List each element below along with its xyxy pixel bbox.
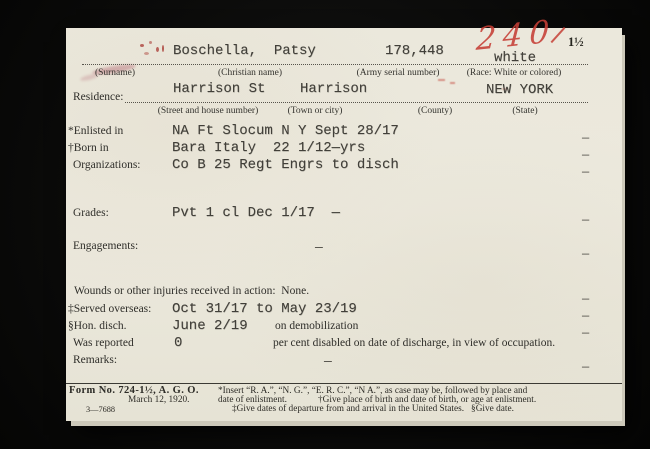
form-date: March 12, 1920. [128, 395, 189, 405]
service-record-card: 240 1½ Boschella, Patsy 178,448 white (S… [66, 28, 622, 421]
served-overseas-value: Oct 31/17 to May 23/19 [172, 301, 357, 317]
hon-disch-label: §Hon. disch. [68, 320, 126, 332]
enlisted-value: NA Ft Slocum N Y Sept 28/17 [172, 123, 399, 139]
state-caption: (State) [485, 106, 565, 116]
blank-dash: — [582, 326, 589, 340]
hon-disch-value: June 2/19 [172, 318, 248, 334]
red-ink-speck [156, 47, 159, 52]
served-overseas-label: ‡Served overseas: [68, 303, 151, 315]
card-corner-number: 1½ [568, 35, 584, 50]
red-ink-speck [140, 44, 144, 47]
serial-number-caption: (Army serial number) [338, 68, 458, 78]
race-value: white [494, 50, 536, 66]
percent-disabled-value: 0 [174, 335, 182, 351]
engagements-label: Engagements: [73, 240, 138, 252]
street-caption: (Street and house number) [148, 106, 268, 116]
blank-dash: — [582, 165, 589, 179]
enlisted-label: *Enlisted in [68, 125, 123, 137]
remarks-label: Remarks: [73, 354, 117, 366]
blank-dash: — [582, 131, 589, 145]
blank-dash: — [582, 292, 589, 306]
print-code: 3—7688 [86, 405, 115, 414]
race-caption: (Race: White or colored) [451, 68, 577, 78]
was-reported-label: Was reported [73, 337, 134, 349]
grades-value: Pvt 1 cl Dec 1/17 — [172, 205, 340, 221]
red-ink-mark [438, 79, 445, 81]
name-value: Boschella, Patsy [173, 43, 316, 59]
wounds-line: Wounds or other injuries received in act… [74, 285, 309, 297]
red-ink-mark [450, 82, 455, 84]
residence-town-value: Harrison [300, 81, 367, 97]
hon-disch-suffix: on demobilization [275, 320, 358, 332]
residence-state-value: NEW YORK [486, 82, 553, 98]
blank-dash: — [582, 360, 589, 374]
red-ink-speck [149, 41, 152, 44]
blank-dash: — [582, 148, 589, 162]
blank-dash: — [582, 309, 589, 323]
town-caption: (Town or city) [265, 106, 365, 116]
residence-street-value: Harrison St [173, 81, 265, 97]
footnote-overseas: ‡Give dates of departure from and arriva… [232, 404, 514, 414]
red-ink-speck [162, 45, 164, 52]
county-caption: (County) [395, 106, 475, 116]
organizations-label: Organizations: [73, 159, 141, 171]
percent-disabled-suffix: per cent disabled on date of discharge, … [273, 337, 555, 349]
red-ink-speck [144, 52, 149, 55]
christian-name-caption: (Christian name) [200, 68, 300, 78]
surname-caption: (Surname) [75, 68, 155, 78]
organizations-value: Co B 25 Regt Engrs to disch [172, 157, 399, 173]
residence-label: Residence: [73, 91, 123, 103]
grades-label: Grades: [73, 207, 109, 219]
born-label: †Born in [68, 142, 109, 154]
blank-dash: — [324, 354, 332, 369]
blank-dash: — [582, 247, 589, 261]
blank-dash: — [582, 213, 589, 227]
serial-number-value: 178,448 [385, 43, 444, 59]
footer-rule [66, 383, 622, 384]
residence-rule [125, 102, 588, 103]
blank-dash: — [315, 240, 323, 255]
born-value: Bara Italy 22 1/12—yrs [172, 140, 365, 156]
